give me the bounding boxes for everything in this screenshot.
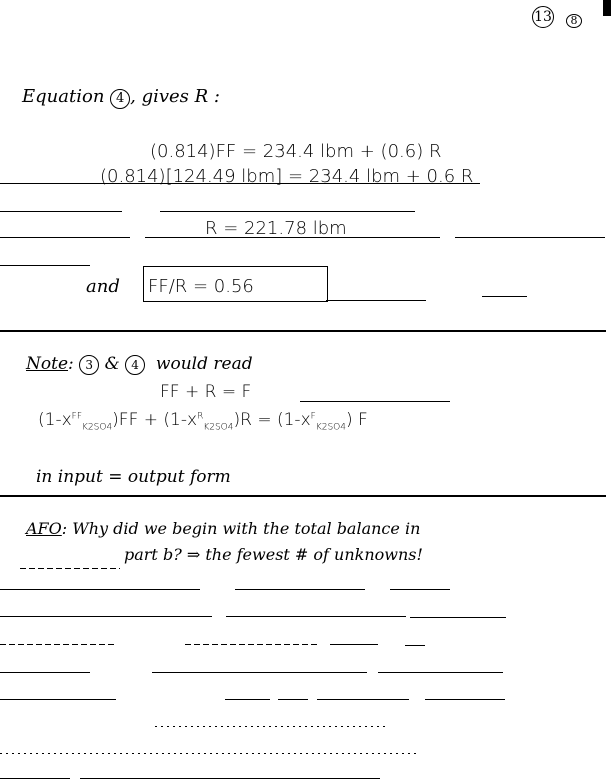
ruled-line <box>155 726 385 727</box>
section-divider <box>0 495 606 497</box>
ruled-line <box>235 589 365 590</box>
boxed-ratio: FF/R = 0.56 <box>148 276 254 297</box>
ruled-line <box>0 778 70 779</box>
ruled-line <box>0 672 90 673</box>
ruled-line <box>0 616 212 617</box>
ruled-line <box>326 300 426 301</box>
equation-reference-line: Equation 4, gives R : <box>22 86 220 109</box>
ruled-line <box>0 237 130 238</box>
afo-label: AFO <box>26 519 62 538</box>
afo-answer-line: part b? ⇒ the fewest # of unknowns! <box>124 545 423 564</box>
ruled-line <box>0 589 200 590</box>
ruled-line <box>330 644 378 645</box>
afo-question-line: AFO: Why did we begin with the total bal… <box>26 519 420 538</box>
ruled-line <box>482 296 527 297</box>
page-mark: 8 <box>566 14 582 28</box>
ruled-line <box>185 644 320 645</box>
scan-edge-mark <box>603 0 611 16</box>
and-label: and <box>86 276 120 297</box>
ruled-line <box>278 699 308 700</box>
ruled-line <box>0 699 116 700</box>
equation-line-1: (0.814)FF = 234.4 lbm + (0.6) R <box>150 141 441 162</box>
note-label: Note <box>26 354 68 374</box>
section-divider <box>0 330 606 332</box>
total-balance-equation: FF + R = F <box>160 382 251 402</box>
ruled-line <box>225 699 270 700</box>
ruled-line <box>390 589 450 590</box>
ruled-line <box>425 699 505 700</box>
ruled-line <box>410 617 506 618</box>
ruled-line <box>317 699 409 700</box>
page-number: 13 <box>532 6 554 28</box>
ruled-line <box>455 237 605 238</box>
ruled-line <box>20 568 120 569</box>
ruled-line <box>80 778 380 779</box>
ruled-line <box>300 401 450 402</box>
ruled-line <box>145 237 440 238</box>
ruled-line <box>405 645 425 646</box>
circled-equation-number: 4 <box>110 89 130 109</box>
ruled-line <box>0 211 122 212</box>
ruled-line <box>378 672 503 673</box>
note-line: Note: 3 & 4 would read <box>26 354 253 375</box>
ruled-line <box>226 616 406 617</box>
component-balance-equation: (1-xFFK2SO4)FF + (1-xRK2SO4)R = (1-xFK2S… <box>38 410 368 432</box>
ruled-line <box>0 265 90 266</box>
input-output-form-line: in input = output form <box>36 467 231 487</box>
ruled-line <box>0 753 420 754</box>
ruled-line <box>152 672 367 673</box>
result-r: R = 221.78 lbm <box>205 218 347 239</box>
ruled-line <box>0 644 115 645</box>
ruled-line <box>160 211 415 212</box>
ruled-line <box>0 183 480 184</box>
